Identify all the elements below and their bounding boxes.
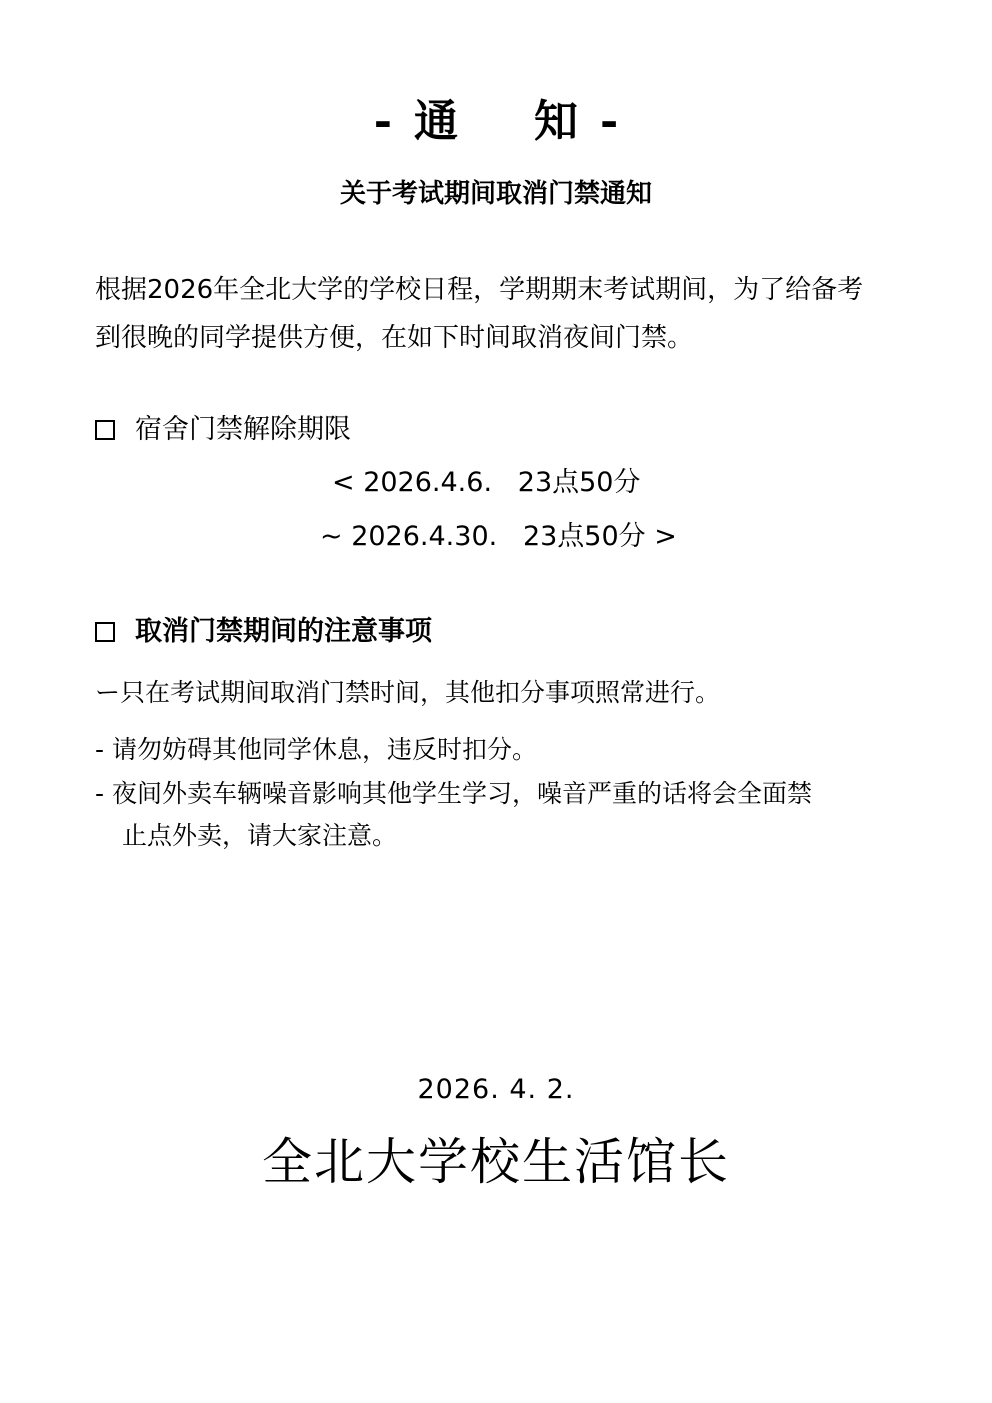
checkbox-icon: [95, 622, 115, 642]
note-item: - 请勿妨碍其他同学休息，违反时扣分。: [95, 732, 537, 768]
title-char-2: 知: [534, 96, 578, 147]
section-dorm-period-label: 宿舍门禁解除期限: [135, 410, 351, 450]
checkbox-icon: [95, 420, 115, 440]
intro-line-1: 根据2026年全北大学的学校日程，学期期末考试期间，为了给备考: [95, 266, 915, 314]
period-end: ~ 2026.4.30. 23点50分 >: [320, 517, 677, 557]
notice-title: -通知-: [0, 92, 992, 152]
notice-subtitle: 关于考试期间取消门禁通知: [0, 176, 992, 212]
section-dorm-period-heading: 宿舍门禁解除期限: [95, 410, 351, 450]
title-dash-left: -: [374, 92, 392, 152]
period-start: < 2026.4.6. 23点50分: [332, 463, 640, 503]
title-dash-right: -: [600, 92, 618, 152]
intro-line-2: 到很晚的同学提供方便，在如下时间取消夜间门禁。: [95, 314, 915, 362]
note-item: - 夜间外卖车辆噪音影响其他学生学习，噪音严重的话将会全面禁: [95, 776, 812, 812]
signature: 全北大学校生活馆长: [0, 1130, 992, 1194]
note-item-continuation: 止点外卖，请大家注意。: [122, 818, 397, 854]
section-notes-label: 取消门禁期间的注意事项: [135, 612, 432, 652]
section-notes-heading: 取消门禁期间的注意事项: [95, 612, 432, 652]
issue-date: 2026. 4. 2.: [0, 1072, 992, 1108]
title-char-1: 通: [414, 96, 458, 147]
note-item: ー只在考试期间取消门禁时间，其他扣分事项照常进行。: [95, 675, 720, 711]
